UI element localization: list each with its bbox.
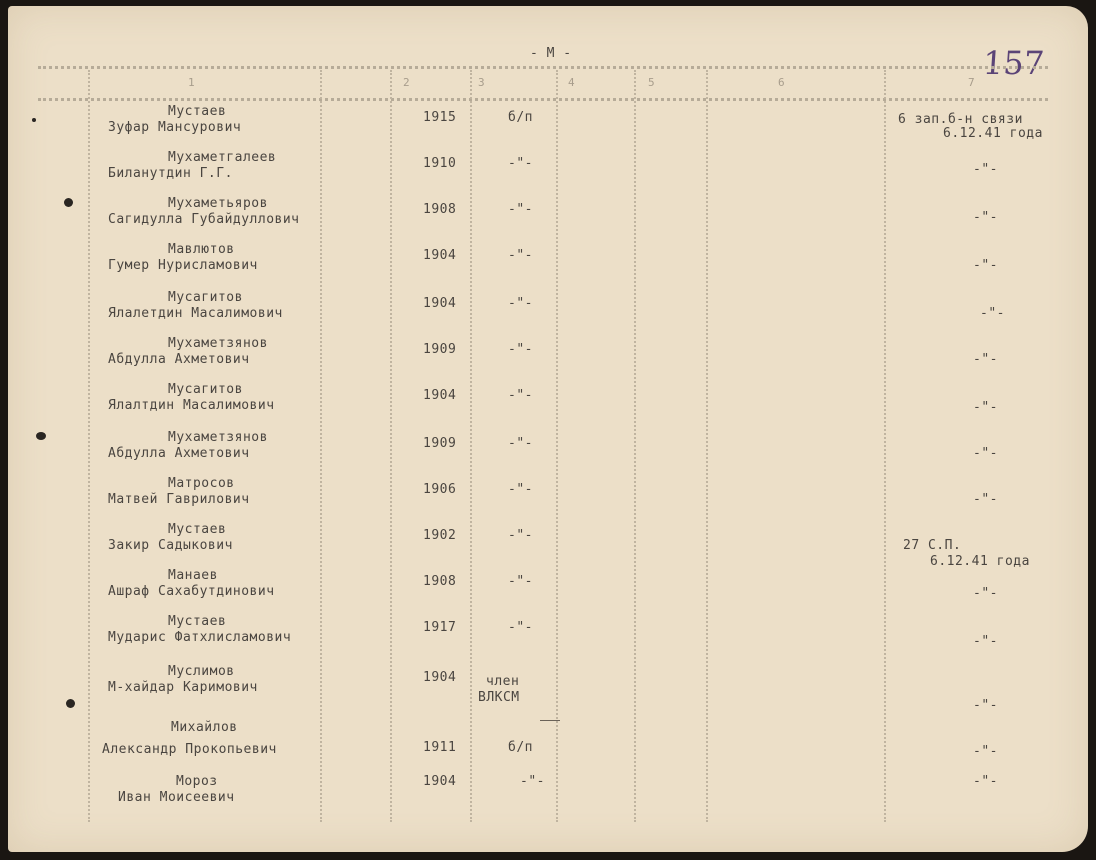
date-note: 6.12.41 года (943, 126, 1043, 141)
surname: Мухаметьяров (168, 196, 268, 211)
given-name: Зуфар Мансурович (108, 120, 241, 135)
note: -"- (973, 162, 998, 177)
surname: Мороз (176, 774, 218, 789)
given-name: Закир Садыкович (108, 538, 233, 553)
note: -"- (973, 744, 998, 759)
birth-year: 1911 (423, 740, 456, 755)
party-status: -"- (508, 528, 533, 543)
column-number: 3 (478, 76, 485, 89)
surname: Манаев (168, 568, 218, 583)
party-status: -"- (520, 774, 545, 789)
surname: Михайлов (171, 720, 238, 735)
given-name: Александр Прокопьевич (102, 742, 277, 757)
given-name: Гумер Нурисламович (108, 258, 258, 273)
header-top-rule (38, 66, 1048, 69)
note: -"- (973, 698, 998, 713)
given-name: Сагидулла Губайдуллович (108, 212, 300, 227)
surname: Мустаев (168, 104, 226, 119)
surname: Мавлютов (168, 242, 235, 257)
given-name: Биланутдин Г.Г. (108, 166, 233, 181)
unit-note: 27 С.П. (903, 538, 961, 553)
date-note: 6.12.41 года (930, 554, 1030, 569)
party-status: -"- (508, 156, 533, 171)
given-name: Иван Моисеевич (118, 790, 235, 805)
header-bottom-rule (38, 98, 1048, 101)
party-status: -"- (508, 574, 533, 589)
column-number: 7 (968, 76, 975, 89)
party-status: -"- (508, 202, 533, 217)
handwritten-page-number: 157 (982, 44, 1046, 82)
ink-dot-mark (32, 118, 36, 122)
note: -"- (973, 774, 998, 789)
column-divider (884, 70, 886, 822)
column-number: 5 (648, 76, 655, 89)
archival-document-page: - М - 157 1 2 3 4 5 6 7 Мустаев Зуфар Ма… (8, 6, 1088, 852)
birth-year: 1904 (423, 774, 456, 789)
surname: Муслимов (168, 664, 235, 679)
given-name: Мударис Фатхлисламович (108, 630, 291, 645)
column-number: 2 (403, 76, 410, 89)
given-name: Ялалетдин Масалимович (108, 306, 283, 321)
party-status: б/п (508, 110, 533, 125)
party-status: -"- (508, 482, 533, 497)
note: -"- (973, 352, 998, 367)
ink-blot-mark (64, 198, 73, 207)
column-divider (88, 70, 90, 822)
birth-year: 1902 (423, 528, 456, 543)
note: -"- (973, 492, 998, 507)
surname: Матросов (168, 476, 235, 491)
birth-year: 1909 (423, 436, 456, 451)
unit-note: 6 зап.б-н связи (898, 112, 1023, 127)
column-divider (320, 70, 322, 822)
party-status: -"- (508, 388, 533, 403)
note: -"- (973, 258, 998, 273)
birth-year: 1908 (423, 202, 456, 217)
surname: Мустаев (168, 614, 226, 629)
party-status: б/п (508, 740, 533, 755)
column-number: 4 (568, 76, 575, 89)
given-name: Ашраф Сахабутдинович (108, 584, 275, 599)
given-name: Абдулла Ахметович (108, 446, 250, 461)
note: -"- (973, 586, 998, 601)
surname: Мусагитов (168, 290, 243, 305)
ink-blot-mark (66, 699, 75, 708)
column-divider (470, 70, 472, 822)
party-status: член (486, 674, 519, 689)
letter-header: - М - (530, 46, 572, 61)
column-number: 6 (778, 76, 785, 89)
party-status: -"- (508, 296, 533, 311)
column-divider (390, 70, 392, 822)
surname: Мухаметзянов (168, 336, 268, 351)
party-status: -"- (508, 436, 533, 451)
birth-year: 1910 (423, 156, 456, 171)
note: -"- (980, 306, 1005, 321)
birth-year: 1904 (423, 296, 456, 311)
surname: Мусагитов (168, 382, 243, 397)
given-name: Абдулла Ахметович (108, 352, 250, 367)
note: -"- (973, 446, 998, 461)
given-name: Ялалтдин Масалимович (108, 398, 275, 413)
column-divider (634, 70, 636, 822)
column-divider (556, 70, 558, 822)
party-status: -"- (508, 342, 533, 357)
birth-year: 1904 (423, 670, 456, 685)
birth-year: 1904 (423, 388, 456, 403)
party-status: -"- (508, 248, 533, 263)
given-name: М-хайдар Каримович (108, 680, 258, 695)
birth-year: 1909 (423, 342, 456, 357)
birth-year: 1906 (423, 482, 456, 497)
birth-year: 1915 (423, 110, 456, 125)
given-name: Матвей Гаврилович (108, 492, 250, 507)
note: -"- (973, 210, 998, 225)
column-divider (706, 70, 708, 822)
birth-year: 1904 (423, 248, 456, 263)
surname: Мустаев (168, 522, 226, 537)
surname: Мухаметгалеев (168, 150, 276, 165)
birth-year: 1908 (423, 574, 456, 589)
surname: Мухаметзянов (168, 430, 268, 445)
ink-blot-mark (36, 432, 46, 440)
separator-dash (540, 720, 560, 721)
column-number: 1 (188, 76, 195, 89)
note: -"- (973, 400, 998, 415)
party-status-line2: ВЛКСМ (478, 690, 520, 705)
party-status: -"- (508, 620, 533, 635)
birth-year: 1917 (423, 620, 456, 635)
note: -"- (973, 634, 998, 649)
